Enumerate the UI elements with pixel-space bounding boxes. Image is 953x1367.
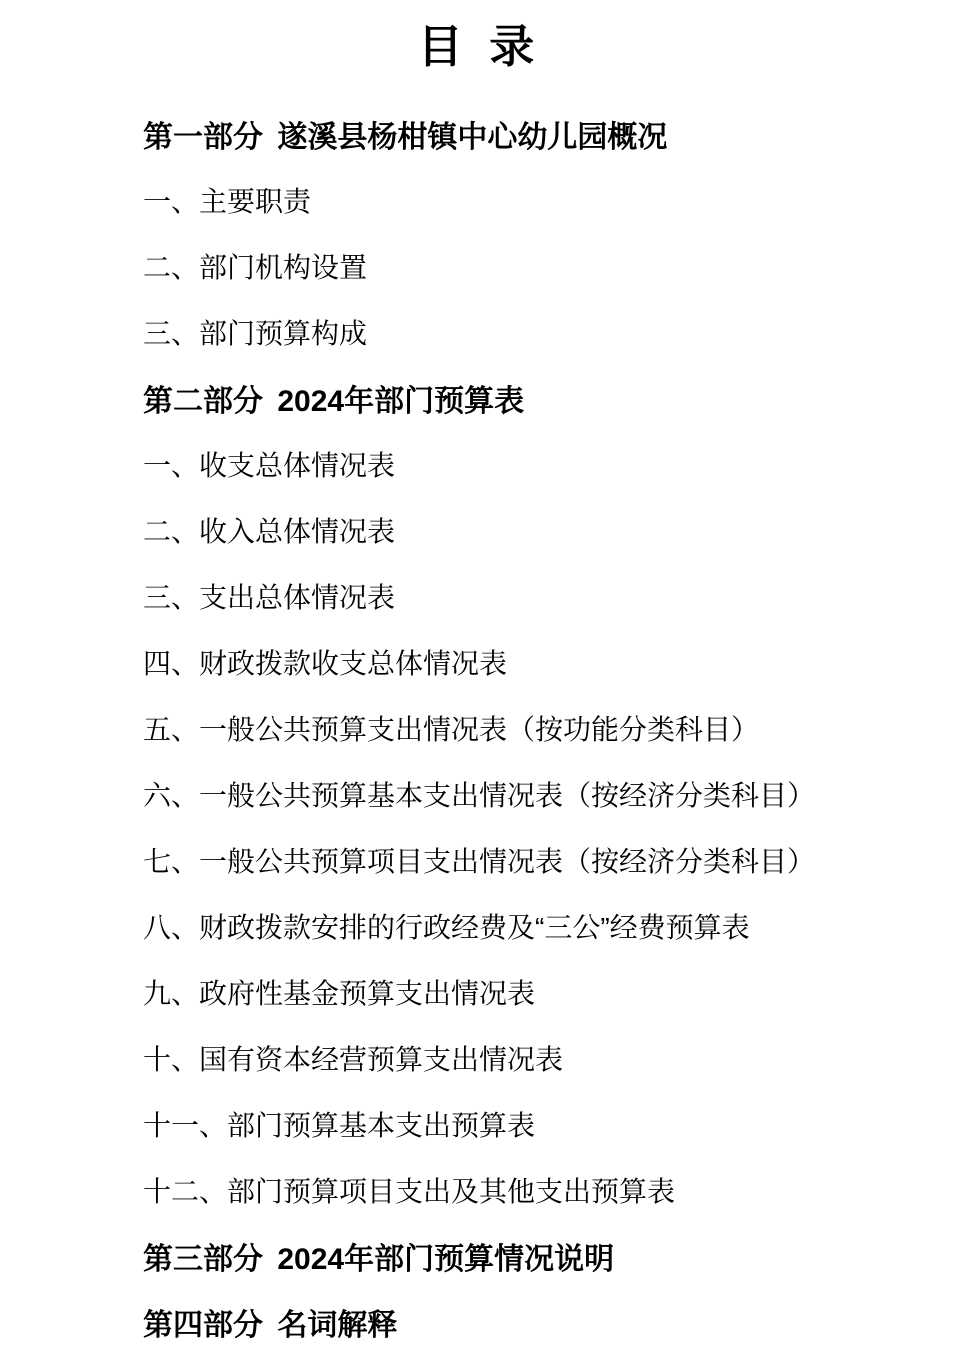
toc-entry: 八、财政拨款安排的行政经费及“三公”经费预算表 (143, 893, 913, 959)
toc-entry: 四、财政拨款收支总体情况表 (143, 629, 913, 695)
toc-entry: 五、一般公共预算支出情况表（按功能分类科目） (143, 695, 913, 761)
toc-section-heading: 第二部分 2024年部门预算表 (143, 365, 913, 431)
toc-entry: 二、收入总体情况表 (143, 497, 913, 563)
toc-entry: 九、政府性基金预算支出情况表 (143, 959, 913, 1025)
toc-entry: 三、部门预算构成 (143, 299, 913, 365)
toc-entry: 一、主要职责 (143, 167, 913, 233)
page-title: 目 录 (0, 0, 953, 74)
toc-entry: 六、一般公共预算基本支出情况表（按经济分类科目） (143, 761, 913, 827)
document-page: 目 录 第一部分 遂溪县杨柑镇中心幼儿园概况一、主要职责二、部门机构设置三、部门… (0, 0, 953, 1367)
toc-section-heading: 第三部分 2024年部门预算情况说明 (143, 1223, 913, 1289)
toc-entry: 三、支出总体情况表 (143, 563, 913, 629)
toc-entry: 十一、部门预算基本支出预算表 (143, 1091, 913, 1157)
toc-entry: 二、部门机构设置 (143, 233, 913, 299)
toc-entry: 一、收支总体情况表 (143, 431, 913, 497)
toc-section-heading: 第一部分 遂溪县杨柑镇中心幼儿园概况 (143, 101, 913, 167)
toc-entry: 十、国有资本经营预算支出情况表 (143, 1025, 913, 1091)
toc-entry: 十二、部门预算项目支出及其他支出预算表 (143, 1157, 913, 1223)
toc-list: 第一部分 遂溪县杨柑镇中心幼儿园概况一、主要职责二、部门机构设置三、部门预算构成… (0, 101, 953, 1355)
toc-entry: 七、一般公共预算项目支出情况表（按经济分类科目） (143, 827, 913, 893)
toc-section-heading: 第四部分 名词解释 (143, 1289, 913, 1355)
